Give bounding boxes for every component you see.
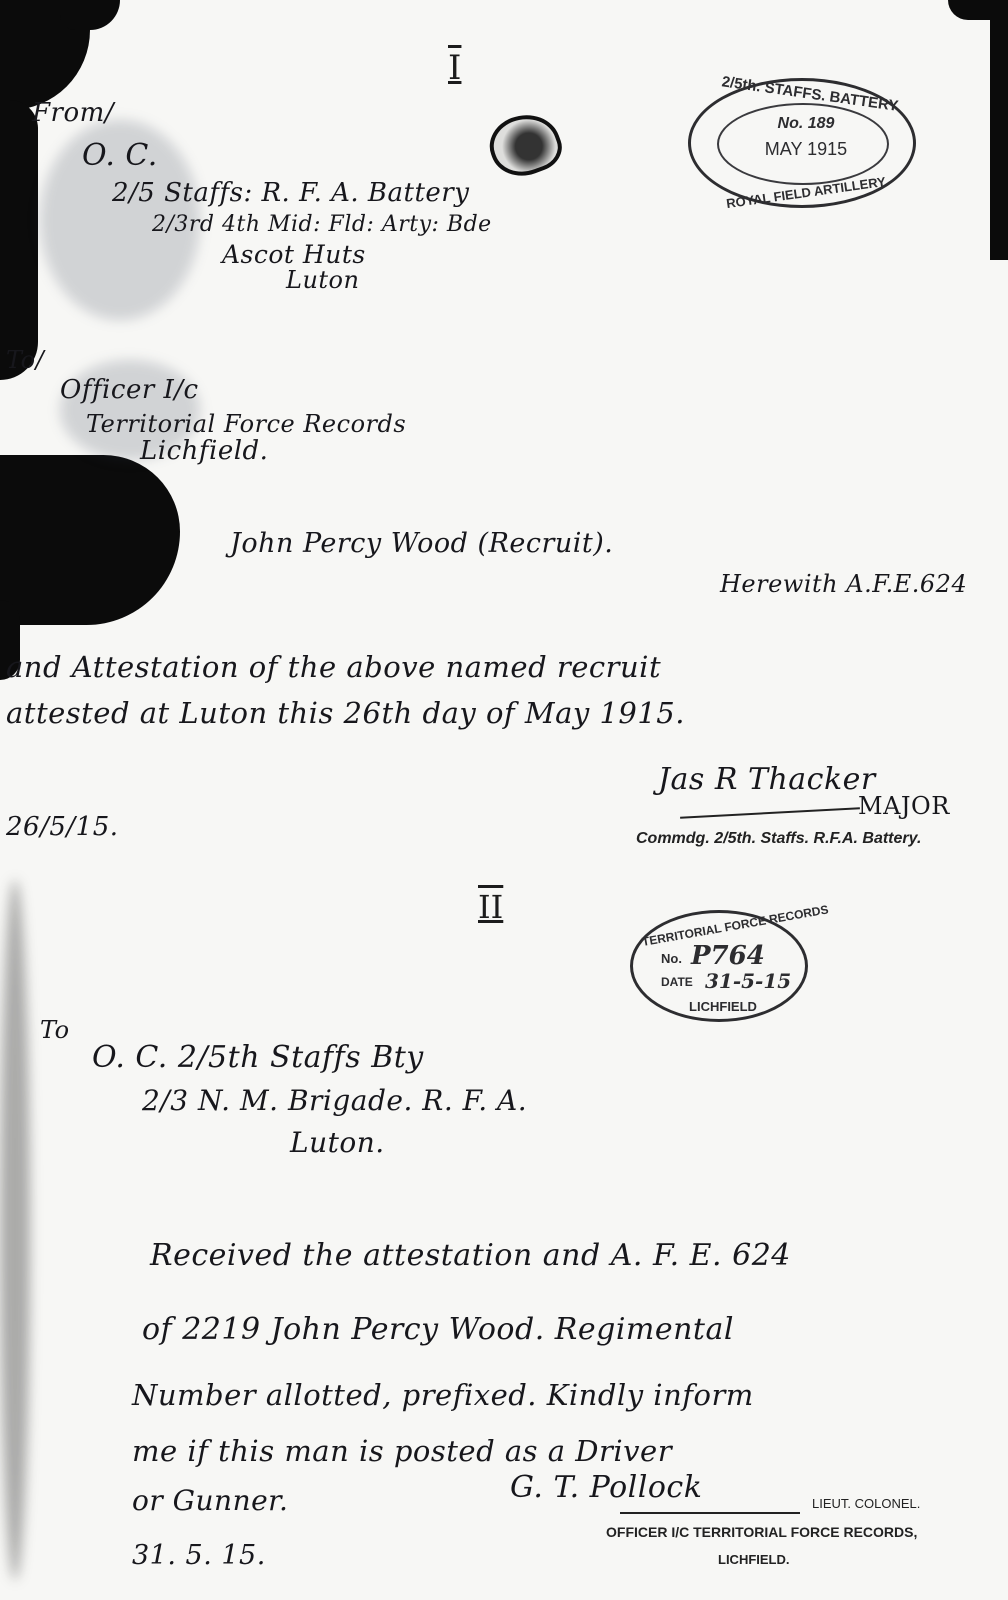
reply-line-1: Received the attestation and A. F. E. 62… [150, 1238, 791, 1273]
to-two-line-luton: Luton. [290, 1126, 385, 1159]
major-signature: Jas R Thacker [658, 762, 876, 797]
records-stamp: TERRITORIAL FORCE RECORDS No. P764 DATE … [630, 910, 808, 1022]
reply-line-5: or Gunner. [132, 1484, 288, 1517]
torn-edge-top [60, 0, 120, 30]
stamp-date-label: DATE [661, 975, 693, 989]
from-line-oc: O. C. [82, 138, 158, 173]
stamp-bottom-text: LICHFIELD [653, 999, 793, 1014]
to-two-line-brigade: 2/3 N. M. Brigade. R. F. A. [142, 1084, 527, 1117]
colonel-title-line-1: OFFICER I/C TERRITORIAL FORCE RECORDS, [606, 1524, 917, 1540]
major-rank: MAJOR [858, 792, 950, 820]
stamp-date: 31-5-15 [705, 969, 791, 993]
from-line-location: Ascot Huts [222, 240, 366, 269]
stain [0, 880, 30, 1580]
stamp-number: No. 189 [741, 115, 871, 133]
reply-line-2: of 2219 John Percy Wood. Regimental [142, 1312, 734, 1347]
to-line-lichfield: Lichfield. [140, 436, 268, 466]
to-two-line-oc: O. C. 2/5th Staffs Bty [92, 1040, 424, 1075]
ink-blot [482, 105, 568, 185]
body-line-attestation: and Attestation of the above named recru… [6, 650, 661, 684]
signature-underline [680, 807, 860, 818]
battery-stamp: 2/5th. STAFFS. BATTERY No. 189 MAY 1915 … [688, 78, 916, 208]
section-one-numeral: I [448, 48, 461, 88]
reply-line-3: Number allotted, prefixed. Kindly inform [132, 1378, 754, 1412]
to-label: To/ [6, 346, 44, 374]
section-two-numeral: II [478, 888, 503, 926]
signature-underline [620, 1512, 800, 1514]
colonel-rank: LIEUT. COLONEL. [812, 1496, 920, 1511]
colonel-signature: G. T. Pollock [510, 1470, 702, 1505]
section-one-date: 26/5/15. [6, 812, 119, 842]
major-title: Commdg. 2/5th. Staffs. R.F.A. Battery. [636, 830, 921, 848]
stamp-number-label: No. [661, 951, 682, 966]
body-line-herewith: Herewith A.F.E.624 [720, 570, 967, 598]
from-line-town: Luton [286, 266, 359, 294]
to-line-officer: Officer I/c [60, 375, 199, 405]
to-label-two: To [40, 1016, 70, 1044]
section-two-date: 31. 5. 15. [132, 1540, 266, 1571]
reply-line-4: me if this man is posted as a Driver [132, 1434, 672, 1468]
to-line-records: Territorial Force Records [86, 410, 406, 438]
body-line-attested: attested at Luton this 26th day of May 1… [6, 696, 685, 730]
subject-recruit-name: John Percy Wood (Recruit). [230, 528, 613, 559]
stamp-date: MAY 1915 [741, 139, 871, 160]
torn-edge-left-middle [0, 455, 180, 625]
stamp-number: P764 [691, 941, 765, 971]
from-line-brigade: 2/3rd 4th Mid: Fld: Arty: Bde [152, 212, 492, 237]
torn-edge-right [990, 0, 1008, 260]
scanned-document-page: I From/ O. C. 2/5 Staffs: R. F. A. Batte… [0, 0, 1008, 1600]
from-label: From/ [32, 98, 114, 128]
colonel-title-line-2: LICHFIELD. [718, 1552, 790, 1567]
torn-edge-left-upper [0, 100, 38, 380]
from-line-battery: 2/5 Staffs: R. F. A. Battery [112, 178, 469, 208]
